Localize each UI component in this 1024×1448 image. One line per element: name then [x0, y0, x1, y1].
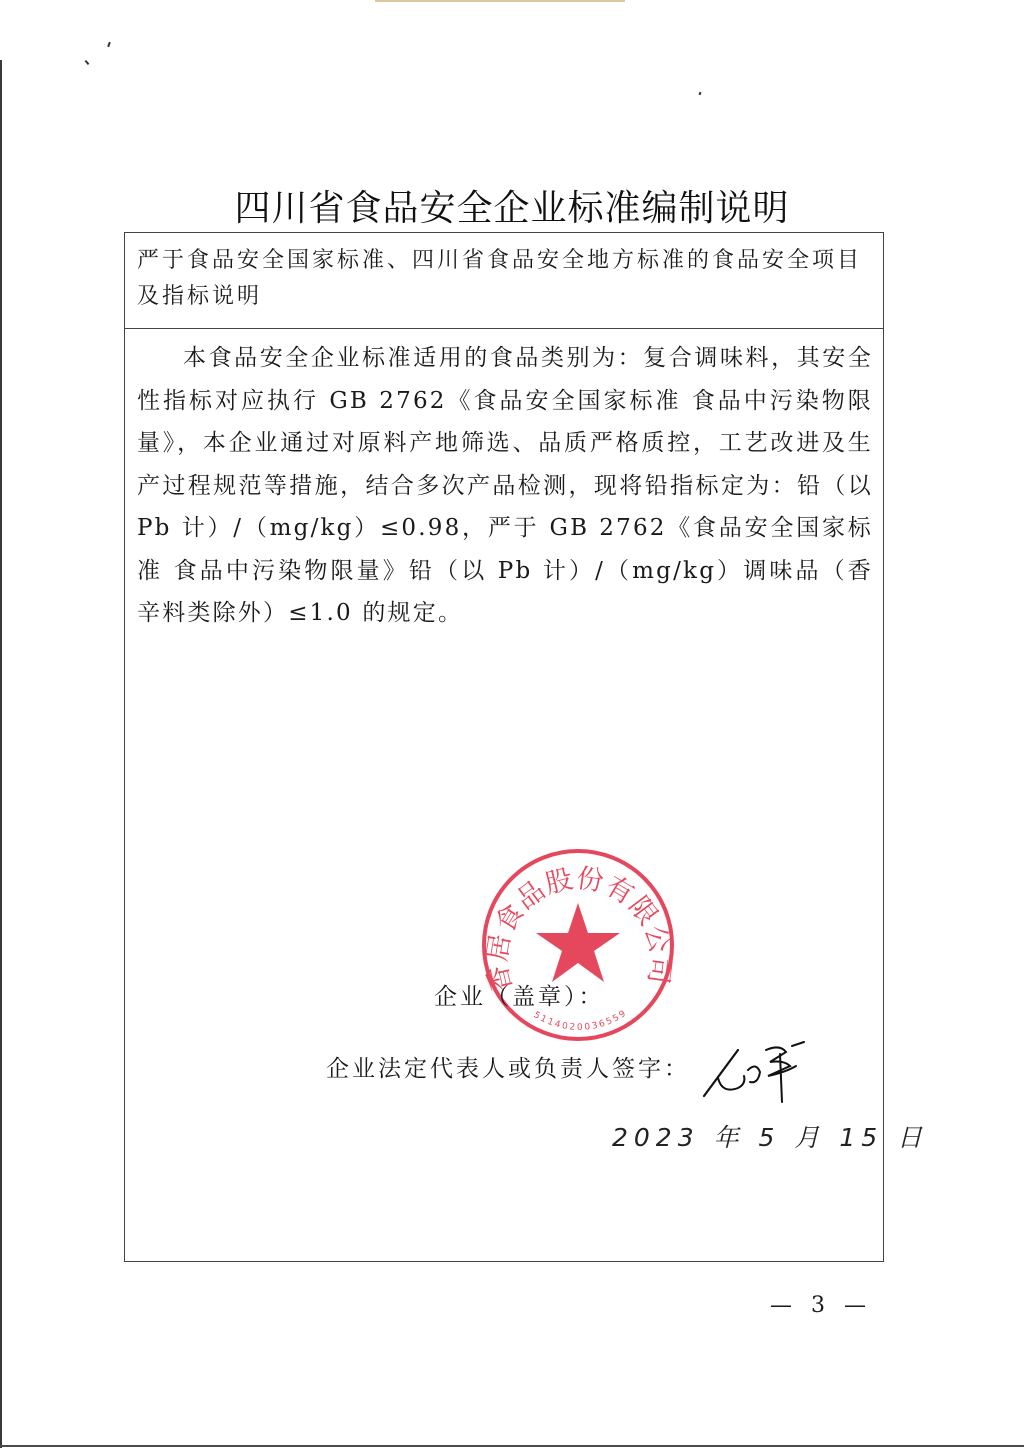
- scan-edge-left: [0, 60, 2, 1448]
- document-title: 四川省食品安全企业标准编制说明: [0, 180, 1024, 231]
- scan-speck: [107, 42, 111, 47]
- signoff-date: 2023 年 5 月 15 日: [612, 1118, 928, 1154]
- table-header-cell: 严于食品安全国家标准、四川省食品安全地方标准的食品安全项目及指标说明: [125, 233, 883, 329]
- scan-edge-bottom: [0, 1445, 1024, 1447]
- body-paragraph: 本食品安全企业标准适用的食品类别为：复合调味料，其安全性指标对应执行 GB 27…: [137, 337, 873, 635]
- seal-label: 企业（盖章）：: [434, 978, 605, 1011]
- signature-label: 企业法定代表人或负责人签字：: [326, 1050, 690, 1083]
- handwritten-signature: [700, 1036, 810, 1106]
- company-seal-stamp: 香居食品股份有限公司 5114020036559: [478, 845, 678, 1045]
- scan-edge-top: [375, 0, 625, 2]
- scan-speck: [85, 60, 90, 65]
- page-number: — 3 —: [770, 1293, 872, 1318]
- star-icon: [536, 903, 620, 982]
- seal-serial-number: 5114020036559: [532, 1008, 630, 1033]
- table-body-cell: 本食品安全企业标准适用的食品类别为：复合调味料，其安全性指标对应执行 GB 27…: [125, 329, 883, 635]
- explanation-table: 严于食品安全国家标准、四川省食品安全地方标准的食品安全项目及指标说明 本食品安全…: [124, 232, 884, 1262]
- scan-speck: [699, 92, 702, 96]
